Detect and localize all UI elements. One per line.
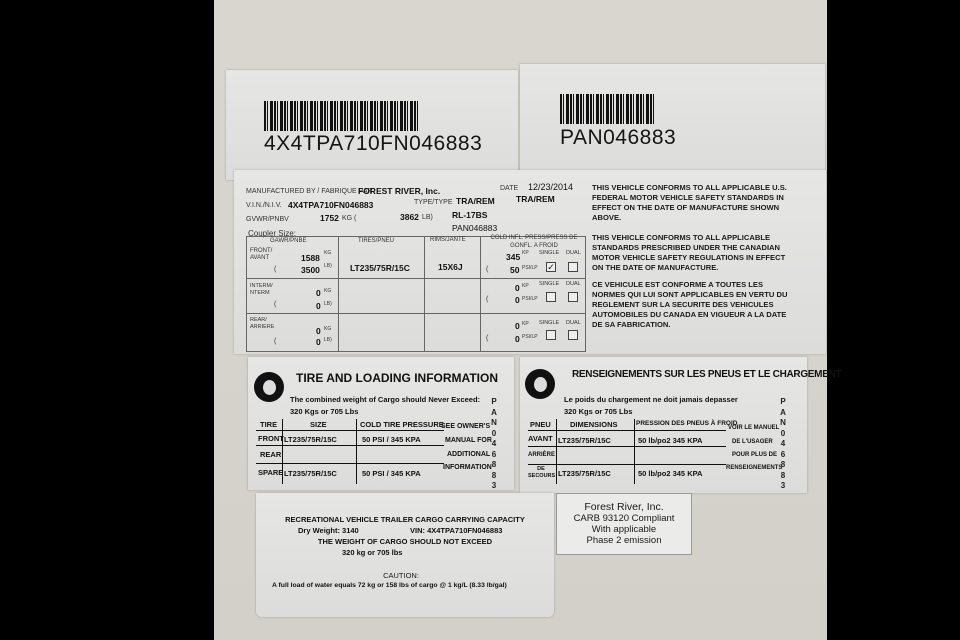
cargo-limit-heading: THE WEIGHT OF CARGO SHOULD NOT EXCEED — [256, 537, 554, 546]
pan-text: PAN046883 — [560, 126, 676, 150]
col-pressure: COLD TIRE PRESSURE — [360, 420, 444, 429]
row-front-pressure: 50 PSI / 345 KPA — [362, 435, 421, 444]
axle-interm-label: INTERM/ NTERM — [250, 283, 280, 297]
note-fr-2: DE L'USAGER — [732, 439, 773, 445]
cargo-warning: The combined weight of Cargo should Neve… — [290, 395, 480, 404]
axle-rear-kp: 0 — [515, 321, 520, 331]
single-label: SINGLE — [539, 320, 559, 326]
axle-front-lb: 3500 — [301, 265, 320, 275]
cargo-limit: 320 Kgs or 705 Lbs — [290, 407, 358, 416]
axle-front-kg: 1588 — [301, 253, 320, 263]
axle-rear-kg: 0 — [316, 326, 321, 336]
certification-label: MANUFACTURED BY / FABRIQUE PAR FOREST RI… — [234, 170, 826, 354]
vin-value: 4X4TPA710FN046883 — [288, 200, 373, 210]
note-line-3: ADDITIONAL — [447, 451, 490, 458]
rear-dual-checkbox[interactable] — [568, 330, 578, 340]
carb-line-4: Phase 2 emission — [557, 535, 691, 546]
paren: ( — [274, 338, 276, 345]
axle-front-psi: 50 — [510, 265, 519, 275]
carb-compliance-label: Forest River, Inc. CARB 93120 Compliant … — [556, 493, 692, 555]
row-avant-label: AVANT — [528, 434, 553, 443]
cargo-limit-fr: 320 Kgs or 705 Lbs — [564, 407, 632, 416]
axle-front-label: FRONT/ AVANT — [250, 248, 280, 262]
kg-tag: KG — [324, 326, 331, 332]
kp-tag: KP — [522, 321, 529, 327]
barcode-icon — [264, 101, 420, 131]
col-tire: TIRE — [260, 420, 277, 429]
row-secours-label: DE SECOURS — [528, 466, 554, 480]
axle-rear-lb: 0 — [316, 337, 321, 347]
row-front-label: FRONT — [258, 434, 284, 443]
barcode-icon — [560, 94, 656, 124]
col-dimensions: DIMENSIONS — [570, 420, 618, 429]
row-secours-size: LT235/75R/15C — [558, 469, 611, 478]
header-tires: TIRES/PNEU — [358, 238, 394, 244]
row-secours-pressure: 50 lb/po2 345 KPA — [638, 469, 702, 478]
psi-tag: PSI/LP — [522, 334, 538, 340]
carb-line-3: With applicable — [557, 524, 691, 535]
col-pression: PRESSION DES PNEUS À FROID — [636, 420, 738, 427]
vin-label: V.I.N./N.I.V. — [246, 202, 282, 209]
single-label: SINGLE — [539, 281, 559, 287]
header-gawr: GAWR/PNBE — [270, 238, 306, 244]
axle-front-tire: LT235/75R/15C — [350, 263, 410, 273]
gvwr-lb-unit: LB) — [422, 214, 433, 221]
row-spare-size: LT235/75R/15C — [284, 469, 337, 478]
psi-tag: PSI/LP — [522, 296, 538, 302]
note-line-4: INFORMATION — [443, 464, 492, 471]
row-arriere-label: ARRIÈRE — [528, 452, 555, 458]
gvwr-kg-unit: KG ( — [342, 215, 356, 222]
cargo-warning-fr: Le poids du chargement ne doit jamais de… — [564, 395, 738, 404]
rear-single-checkbox[interactable] — [546, 330, 556, 340]
gvwr-label: GVWR/PNBV — [246, 216, 289, 223]
model-number: RL-17BS — [452, 210, 487, 220]
cargo-title: RECREATIONAL VEHICLE TRAILER CARGO CARRY… — [256, 515, 554, 524]
vin-text: 4X4TPA710FN046883 — [264, 132, 482, 156]
manufacturer: FOREST RIVER, Inc. — [358, 186, 440, 196]
row-front-size: LT235/75R/15C — [284, 435, 337, 444]
axle-front-kp: 345 — [506, 252, 520, 262]
axle-front-rim: 15X6J — [438, 262, 463, 272]
dual-label: DUAL — [566, 281, 581, 287]
axle-interm-psi: 0 — [515, 295, 520, 305]
header-pressure: COLD INFL. PRESS/PRESS DE GONFL. A FROID — [486, 234, 582, 250]
manufactured-by-label: MANUFACTURED BY / FABRIQUE PAR — [246, 188, 373, 195]
tire-loading-label-en: TIRE AND LOADING INFORMATION The combine… — [248, 357, 514, 490]
carb-line-1: Forest River, Inc. — [557, 502, 691, 513]
paren: ( — [486, 266, 488, 273]
row-spare-pressure: 50 PSI / 345 KPA — [362, 469, 421, 478]
row-avant-size: LT235/75R/15C — [558, 436, 611, 445]
vin-barcode-label: 4X4TPA710FN046883 — [226, 70, 518, 180]
kg-tag: KG — [324, 288, 331, 294]
note-line-1: SEE OWNER'S — [441, 423, 490, 430]
canada-compliance-statement: THIS VEHICLE CONFORMS TO ALL APPLICABLE … — [592, 233, 792, 273]
row-spare-label: SPARE — [258, 468, 283, 477]
type-label: TYPE/TYPE — [414, 199, 453, 206]
date-value: 12/23/2014 — [528, 182, 573, 192]
cargo-vin: VIN: 4X4TPA710FN046883 — [410, 526, 502, 535]
paren: ( — [274, 301, 276, 308]
dual-label: DUAL — [566, 320, 581, 326]
gvwr-kg: 1752 — [320, 213, 339, 223]
interm-single-checkbox[interactable] — [546, 292, 556, 302]
front-single-checkbox[interactable]: ✓ — [546, 262, 556, 272]
date-label: DATE — [500, 185, 518, 192]
note-fr-1: VOIR LE MANUEL — [728, 425, 779, 431]
axle-interm-kp: 0 — [515, 283, 520, 293]
single-label: SINGLE — [539, 250, 559, 256]
tire-icon — [525, 369, 555, 399]
lb-tag: LB) — [324, 337, 332, 343]
vertical-pan-code: PAN046883 — [490, 397, 498, 492]
axle-interm-kg: 0 — [316, 288, 321, 298]
carb-line-2: CARB 93120 Compliant — [557, 513, 691, 524]
dry-weight: Dry Weight: 3140 — [298, 526, 359, 535]
lb-tag: LB) — [324, 263, 332, 269]
axle-rear-psi: 0 — [515, 334, 520, 344]
row-avant-pressure: 50 lb/po2 345 KPA — [638, 436, 702, 445]
pan-barcode-label: PAN046883 — [520, 64, 825, 174]
french-compliance-statement: CE VEHICULE EST CONFORME A TOUTES LES NO… — [592, 280, 792, 330]
paren: ( — [486, 296, 488, 303]
type-value-1: TRA/REM — [456, 196, 495, 206]
tire-icon — [254, 372, 284, 402]
paren: ( — [486, 335, 488, 342]
caution-heading: CAUTION: — [256, 571, 546, 580]
pan-number: PAN046883 — [452, 223, 497, 233]
note-line-2: MANUAL FOR — [445, 437, 492, 444]
kp-tag: KP — [522, 250, 529, 256]
cargo-capacity-label: RECREATIONAL VEHICLE TRAILER CARGO CARRY… — [256, 493, 554, 617]
us-compliance-statement: THIS VEHICLE CONFORMS TO ALL APPLICABLE … — [592, 183, 792, 223]
cargo-limit-value: 320 kg or 705 lbs — [342, 548, 402, 557]
kg-tag: KG — [324, 250, 331, 256]
interm-dual-checkbox[interactable] — [568, 292, 578, 302]
axle-rear-label: REAR/ ARRIERE — [250, 317, 280, 331]
type-value-2: TRA/REM — [516, 194, 555, 204]
col-pneu: PNEU — [530, 420, 551, 429]
tire-info-title: TIRE AND LOADING INFORMATION — [296, 371, 498, 385]
psi-tag: PSI/LP — [522, 265, 538, 271]
tire-info-title-fr: RENSEIGNEMENTS SUR LES PNEUS ET LE CHARG… — [572, 369, 841, 380]
caution-text: A full load of water equals 72 kg or 158… — [272, 582, 507, 589]
tire-loading-label-fr: RENSEIGNEMENTS SUR LES PNEUS ET LE CHARG… — [520, 357, 807, 493]
kp-tag: KP — [522, 283, 529, 289]
header-rims: RIMS/JANTE — [430, 237, 466, 243]
note-fr-4: RENSEIGNEMENTS — [726, 465, 782, 471]
gvwr-lb: 3862 — [400, 212, 419, 222]
front-dual-checkbox[interactable] — [568, 262, 578, 272]
row-rear-label: REAR — [260, 450, 281, 459]
col-size: SIZE — [310, 420, 327, 429]
dual-label: DUAL — [566, 250, 581, 256]
axle-interm-lb: 0 — [316, 301, 321, 311]
note-fr-3: POUR PLUS DE — [732, 452, 777, 458]
vertical-pan-code-fr: PAN046883 — [779, 397, 787, 492]
lb-tag: LB) — [324, 301, 332, 307]
paren: ( — [274, 266, 276, 273]
